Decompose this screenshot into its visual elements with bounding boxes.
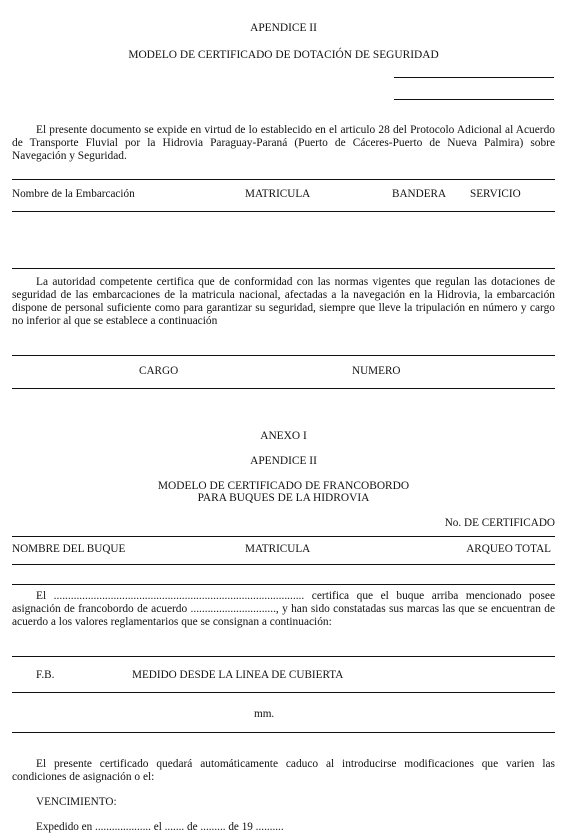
certification-text: La autoridad competente certifica que de…: [12, 276, 555, 327]
expiry-text: El presente certificado quedará automáti…: [12, 758, 555, 783]
ship-name-header: NOMBRE DEL BUQUE: [12, 543, 125, 555]
security-model-title: MODELO DE CERTIFICADO DE DOTACIÓN DE SEG…: [0, 49, 567, 61]
registration-header: MATRICULA: [245, 188, 310, 200]
crew-table-bottom-rule: [12, 388, 555, 389]
certificate-number-label: No. DE CERTIFICADO: [445, 517, 555, 529]
freeboard-table-bottom-rule: [12, 732, 555, 733]
freeboard-model-title-2: PARA BUQUES DE LA HIDROVIA: [0, 492, 567, 504]
vessel-table-bottom-rule: [12, 268, 555, 269]
service-header: SERVICIO: [470, 188, 521, 200]
intro-paragraph: El presente documento se expide en virtu…: [12, 124, 555, 163]
ship-table-bottom-rule: [12, 584, 555, 585]
appendix-title-2: APENDICE II: [0, 455, 567, 467]
appendix-title: APENDICE II: [0, 22, 567, 34]
flag-header: BANDERA: [392, 188, 446, 200]
numero-header: NUMERO: [352, 365, 400, 377]
ship-table-top-rule: [12, 536, 555, 537]
issued-line: Expedido en .................... el ....…: [36, 821, 284, 833]
vessel-table-header-rule: [12, 211, 555, 212]
freeboard-model-title-1: MODELO DE CERTIFICADO DE FRANCOBORDO: [0, 480, 567, 492]
freeboard-table-header-rule: [12, 692, 555, 693]
freeboard-paragraph: El .....................................…: [12, 590, 555, 629]
unit-mm: mm.: [254, 708, 274, 720]
crew-table-top-rule: [12, 355, 555, 356]
ship-table-header-rule: [12, 564, 555, 565]
certification-paragraph: La autoridad competente certifica que de…: [12, 276, 555, 328]
intro-text: El presente documento se expide en virtu…: [12, 124, 555, 162]
freeboard-table-top-rule: [12, 656, 555, 657]
expiry-label: VENCIMIENTO:: [36, 796, 117, 808]
measured-from-deck-header: MEDIDO DESDE LA LINEA DE CUBIERTA: [132, 669, 343, 681]
gross-tonnage-header: ARQUEO TOTAL: [466, 543, 551, 555]
fb-header: F.B.: [36, 669, 54, 681]
ship-registration-header: MATRICULA: [245, 543, 310, 555]
signature-line-2: [394, 99, 554, 100]
vessel-name-header: Nombre de la Embarcación: [12, 188, 135, 200]
annex-title: ANEXO I: [0, 430, 567, 442]
freeboard-text: El .....................................…: [12, 590, 555, 628]
cargo-header: CARGO: [139, 365, 178, 377]
signature-line-1: [394, 77, 554, 78]
vessel-table-top-rule: [12, 179, 555, 180]
expiry-paragraph: El presente certificado quedará automáti…: [12, 758, 555, 784]
